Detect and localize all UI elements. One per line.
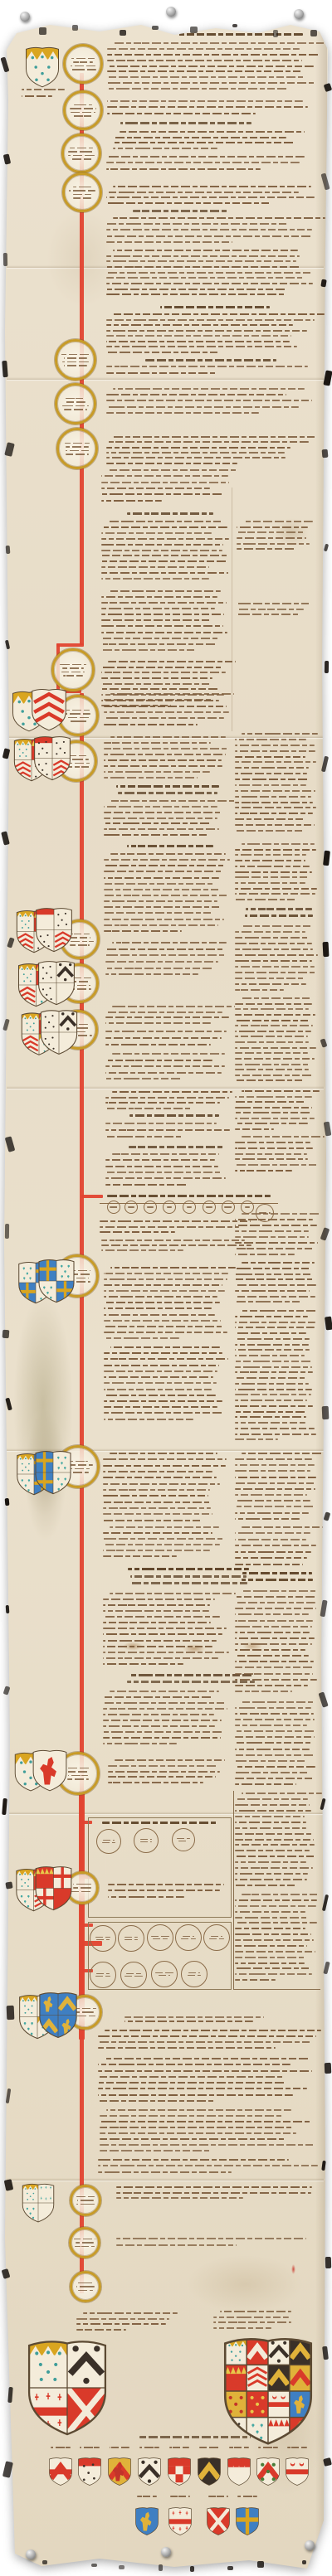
script-line <box>101 500 162 502</box>
script-line <box>98 2165 318 2166</box>
child-circle <box>181 1961 207 1987</box>
script-line <box>116 2244 237 2246</box>
script-line <box>104 1296 217 1298</box>
script-line <box>237 531 304 533</box>
script-line <box>235 1389 312 1390</box>
script-line <box>235 1422 305 1424</box>
script-line <box>103 1640 217 1642</box>
quartering-shield <box>256 2455 281 2488</box>
shield-caption-script <box>169 2447 189 2451</box>
roundel-script <box>69 720 88 722</box>
script-line <box>242 1453 325 1454</box>
child-circle-script <box>110 1206 117 1207</box>
edge-tatter <box>4 1224 8 1239</box>
edge-tatter <box>321 1405 329 1419</box>
child-circle-script <box>126 1973 141 1974</box>
script-line <box>235 1861 306 1863</box>
child-circle-script <box>167 1206 173 1207</box>
script-line <box>101 608 215 609</box>
script-line <box>235 1123 308 1124</box>
roundel-script <box>77 2200 93 2201</box>
script-line <box>106 289 286 290</box>
script-line <box>235 1833 314 1835</box>
script-line <box>104 1419 193 1420</box>
script-line <box>235 1867 313 1869</box>
roundel-script <box>74 2239 95 2240</box>
edge-tatter <box>302 2560 307 2564</box>
script-line <box>107 48 300 50</box>
name-roundel <box>69 2227 100 2258</box>
script-line <box>133 210 229 212</box>
script-line <box>106 255 300 257</box>
child-circle-script <box>177 1838 189 1839</box>
script-line <box>83 2312 178 2314</box>
roundel-script <box>70 108 96 109</box>
script-line <box>104 822 210 824</box>
script-line <box>112 1153 219 1155</box>
roundel-script <box>60 664 87 666</box>
script-line <box>105 1123 217 1124</box>
script-line <box>105 1011 222 1013</box>
script-line <box>242 1213 320 1215</box>
paragraph-script-block <box>235 1090 318 1133</box>
script-line <box>104 900 217 902</box>
name-roundel <box>70 2271 101 2302</box>
child-circle <box>120 1962 147 1988</box>
script-line <box>235 1685 308 1686</box>
script-line <box>106 162 300 163</box>
script-line <box>235 830 303 832</box>
script-line <box>104 759 222 761</box>
script-line <box>235 860 305 861</box>
script-line <box>98 2082 286 2084</box>
script-line <box>235 1608 316 1609</box>
paragraph-script-block <box>235 1453 318 1524</box>
script-line <box>98 2035 316 2037</box>
roundel-script <box>73 61 94 63</box>
script-line <box>101 638 218 639</box>
heraldic-shield <box>39 1008 79 1056</box>
script-line <box>242 1310 317 1312</box>
child-circle-script <box>140 1841 153 1842</box>
script-line <box>113 388 305 390</box>
script-line <box>235 1810 311 1812</box>
script-line <box>104 865 224 866</box>
script-line <box>76 2329 126 2331</box>
roundel-script <box>66 710 90 711</box>
edge-tatter <box>190 2566 194 2571</box>
script-line <box>235 1014 315 1016</box>
script-line <box>235 1338 310 1340</box>
child-circle <box>172 1828 195 1851</box>
script-line <box>104 724 198 725</box>
paragraph-script-block <box>235 1310 318 1444</box>
child-circle <box>203 1201 216 1214</box>
script-line <box>100 2132 296 2134</box>
membrane-seam <box>7 2178 324 2181</box>
roundel-script <box>63 675 83 677</box>
script-line <box>110 736 226 738</box>
script-line <box>105 1060 212 1061</box>
script-line <box>98 2076 283 2078</box>
shield-quarters <box>33 1750 66 1791</box>
script-line <box>104 930 182 932</box>
parchment <box>0 0 332 2576</box>
script-line <box>104 1400 222 1402</box>
script-line <box>105 954 226 956</box>
script-line <box>235 937 310 939</box>
edge-tatter <box>42 2560 46 2564</box>
name-roundel <box>62 172 102 212</box>
roundel-script <box>73 115 94 117</box>
paragraph-script-block <box>235 997 318 1085</box>
script-line <box>105 1016 229 1018</box>
script-line <box>101 550 222 551</box>
script-line <box>106 412 259 414</box>
roundel-script <box>70 148 92 149</box>
script-line <box>235 1416 306 1418</box>
script-line <box>208 2496 228 2497</box>
script-line <box>235 1230 309 1232</box>
paragraph-script-block <box>104 1346 230 1424</box>
script-line <box>104 895 228 896</box>
roundel-script <box>64 409 88 410</box>
script-line <box>104 1326 222 1327</box>
script-line <box>235 1760 306 1762</box>
script-line <box>220 2311 291 2312</box>
script-line <box>100 1231 175 1233</box>
roundel-script <box>73 194 92 196</box>
script-line <box>235 882 305 884</box>
script-line <box>213 2316 289 2318</box>
script-line <box>120 122 251 124</box>
pin <box>161 2547 171 2557</box>
child-circle-script <box>183 1936 194 1937</box>
name-roundel <box>56 428 98 469</box>
child-circle-script <box>96 1973 110 1974</box>
script-line <box>105 1172 221 1173</box>
child-circle-script <box>259 1212 271 1213</box>
paragraph-script-block <box>105 1031 230 1050</box>
heading-script-block <box>98 1822 222 1828</box>
paragraph-script-block <box>101 1239 255 1254</box>
script-line <box>100 2127 294 2128</box>
note-script-block <box>213 2311 293 2332</box>
script-line <box>80 2447 100 2448</box>
script-line <box>104 817 217 819</box>
script-line <box>199 2447 219 2448</box>
script-line <box>127 512 213 515</box>
script-line <box>106 372 217 374</box>
script-line <box>235 1327 315 1328</box>
shield-quarters <box>237 2508 259 2535</box>
paragraph-script-block <box>237 603 316 619</box>
stain <box>291 2264 295 2274</box>
script-line <box>104 1389 212 1390</box>
script-line <box>104 1370 217 1372</box>
script-line <box>103 1555 177 1557</box>
script-line <box>235 796 311 798</box>
script-line <box>235 1691 292 1692</box>
script-line <box>242 925 311 927</box>
child-circle-script <box>151 1936 169 1937</box>
script-line <box>235 1383 309 1385</box>
script-line <box>103 1628 227 1629</box>
edge-tatter <box>152 26 159 30</box>
script-line <box>113 148 217 149</box>
paragraph-script-block <box>116 2238 322 2251</box>
shield-caption-script <box>110 2447 129 2451</box>
script-line <box>242 843 315 845</box>
script-line <box>235 767 309 769</box>
script-line <box>235 1064 310 1065</box>
shield-caption-script <box>208 2496 228 2500</box>
roundel-script <box>67 1778 90 1780</box>
child-circle-script <box>96 1939 110 1940</box>
script-line <box>229 2447 249 2448</box>
script-line <box>101 482 229 483</box>
script-line <box>105 973 198 975</box>
pin <box>294 9 304 19</box>
script-line <box>235 1736 315 1738</box>
script-line <box>103 1633 222 1635</box>
script-line <box>235 761 316 763</box>
child-circle <box>183 1201 196 1214</box>
child-circle-script <box>188 1972 201 1973</box>
script-line <box>76 2323 166 2325</box>
script-line <box>101 677 212 679</box>
script-line <box>105 1184 188 1186</box>
script-line <box>104 1314 215 1316</box>
script-line <box>235 1719 315 1720</box>
script-line <box>242 1701 315 1703</box>
script-line <box>235 1637 315 1639</box>
edge-tatter <box>325 1317 332 1331</box>
script-line <box>235 1655 309 1657</box>
script-line <box>235 1899 317 1901</box>
script-line <box>104 1412 224 1414</box>
roundel-script <box>66 454 90 455</box>
script-line <box>103 1507 211 1509</box>
edge-tatter <box>190 27 198 32</box>
child-circle <box>175 1924 202 1951</box>
script-line <box>235 1003 312 1005</box>
child-circle-script <box>211 1936 223 1937</box>
script-line <box>106 223 288 225</box>
script-line <box>103 1471 212 1472</box>
script-line <box>235 948 313 950</box>
script-line <box>100 1220 251 1222</box>
script-line <box>124 2021 253 2022</box>
script-line <box>104 1290 225 1292</box>
child-circle <box>96 1829 121 1854</box>
script-line <box>235 1506 314 1507</box>
script-line <box>235 1922 317 1924</box>
script-line <box>235 1036 308 1037</box>
script-line <box>105 2058 309 2059</box>
script-line <box>237 614 299 615</box>
script-line <box>235 1248 313 1249</box>
script-line <box>105 1108 191 1109</box>
paragraph-script-block <box>106 250 319 299</box>
shield-caption-script <box>287 2447 307 2451</box>
script-line <box>106 366 308 367</box>
paragraph-script-block <box>235 1894 318 1985</box>
script-line <box>113 250 298 251</box>
paragraph-script-block <box>106 388 317 418</box>
script-line <box>104 1307 212 1309</box>
script-line <box>103 1731 223 1733</box>
script-line <box>106 447 290 449</box>
heading-script-block <box>124 845 217 851</box>
script-line <box>101 538 229 540</box>
shield-quarters <box>169 2508 192 2535</box>
heading-script-block <box>124 1114 224 1120</box>
script-line <box>106 463 237 464</box>
script-line <box>104 912 212 914</box>
script-line <box>106 156 305 158</box>
script-line <box>235 1494 307 1496</box>
script-line <box>235 779 310 780</box>
script-line <box>98 2070 312 2072</box>
script-line <box>129 1582 247 1584</box>
script-line <box>105 1166 218 1167</box>
shield-quarters <box>109 2458 131 2486</box>
script-line <box>235 756 305 758</box>
heading-script-block <box>240 1572 315 1585</box>
script-line <box>235 1158 308 1160</box>
script-line <box>235 1649 305 1651</box>
paragraph-script-block <box>235 1136 318 1176</box>
paragraph-script-block <box>237 521 316 554</box>
script-line <box>106 277 305 279</box>
script-line <box>237 537 306 539</box>
script-line <box>104 1302 220 1303</box>
script-line <box>145 359 276 361</box>
paragraph-script-block <box>113 131 314 153</box>
script-line <box>105 968 212 969</box>
script-line <box>104 754 226 755</box>
heading-script-block <box>131 210 231 216</box>
heraldic-shield <box>20 2182 56 2224</box>
script-line <box>22 95 52 97</box>
paragraph-script-block <box>235 733 318 836</box>
script-line <box>112 1006 235 1007</box>
column-rule <box>233 1791 234 1989</box>
roundel-script <box>71 58 95 60</box>
script-line <box>235 1101 305 1103</box>
quartering-shield <box>48 2455 73 2488</box>
script-line <box>235 960 312 962</box>
script-line <box>104 1332 227 1333</box>
script-line <box>104 706 227 707</box>
script-line <box>235 1917 309 1919</box>
paragraph-script-block <box>235 1262 318 1307</box>
script-line <box>242 1090 320 1092</box>
script-line <box>108 1765 218 1767</box>
script-line <box>235 1512 309 1514</box>
script-line <box>235 1539 306 1540</box>
script-line <box>235 1772 309 1773</box>
script-line <box>235 1545 316 1546</box>
script-line <box>235 1713 314 1715</box>
script-line <box>107 82 315 84</box>
roundel-script <box>71 112 96 114</box>
script-line <box>235 1371 313 1373</box>
script-line <box>235 1332 306 1334</box>
paragraph-script-block <box>235 1701 318 1789</box>
script-line <box>103 1538 224 1540</box>
paragraph-script-block <box>105 1091 230 1113</box>
script-line <box>108 1896 184 1898</box>
script-line <box>100 2115 284 2117</box>
script-line <box>235 807 316 808</box>
note-script-block <box>76 2312 176 2334</box>
script-line <box>242 1579 313 1581</box>
script-line <box>235 1839 314 1841</box>
child-circle <box>107 1201 120 1214</box>
script-line <box>105 1097 229 1099</box>
script-line <box>105 1072 222 1074</box>
script-line <box>235 1557 307 1559</box>
script-line <box>103 1598 215 1600</box>
edge-tatter <box>7 2005 15 2019</box>
paragraph-script-block <box>106 186 320 207</box>
heading-script-block <box>139 359 282 365</box>
script-line <box>235 871 312 873</box>
roundel-script <box>66 450 89 452</box>
script-line <box>104 834 209 836</box>
roundel-script <box>66 1768 90 1769</box>
pin <box>26 2549 36 2559</box>
child-circle-script <box>159 1975 170 1976</box>
script-line <box>103 1652 229 1653</box>
quartering-shield <box>197 2455 222 2488</box>
script-line <box>235 1482 315 1484</box>
script-line <box>101 566 209 568</box>
script-line <box>235 966 315 968</box>
script-line <box>105 1037 222 1039</box>
script-line <box>103 1532 212 1534</box>
script-line <box>242 997 311 999</box>
script-line <box>235 1725 307 1726</box>
script-line <box>242 1590 316 1592</box>
paragraph-script-block <box>101 590 230 655</box>
script-line <box>235 1254 295 1255</box>
script-line <box>104 1358 228 1360</box>
parchment-wrapper <box>0 0 332 2576</box>
script-line <box>104 1406 217 1408</box>
paragraph-script-block <box>103 1691 229 1749</box>
shield-quarters <box>79 2458 101 2486</box>
script-line <box>235 1118 315 1119</box>
script-line <box>235 1434 316 1435</box>
edge-tatter <box>119 2565 124 2569</box>
script-line <box>116 2238 306 2239</box>
script-line <box>235 1613 309 1615</box>
paragraph-script-block <box>107 42 321 94</box>
script-line <box>235 1742 311 1744</box>
child-circle-script <box>102 1842 115 1843</box>
script-line <box>235 1477 316 1478</box>
name-roundel <box>51 648 95 691</box>
script-line <box>235 1673 313 1675</box>
script-line <box>237 543 310 545</box>
paragraph-script-block <box>105 1153 230 1190</box>
edge-tatter <box>324 661 329 673</box>
script-line <box>235 899 296 900</box>
script-line <box>137 2496 157 2497</box>
